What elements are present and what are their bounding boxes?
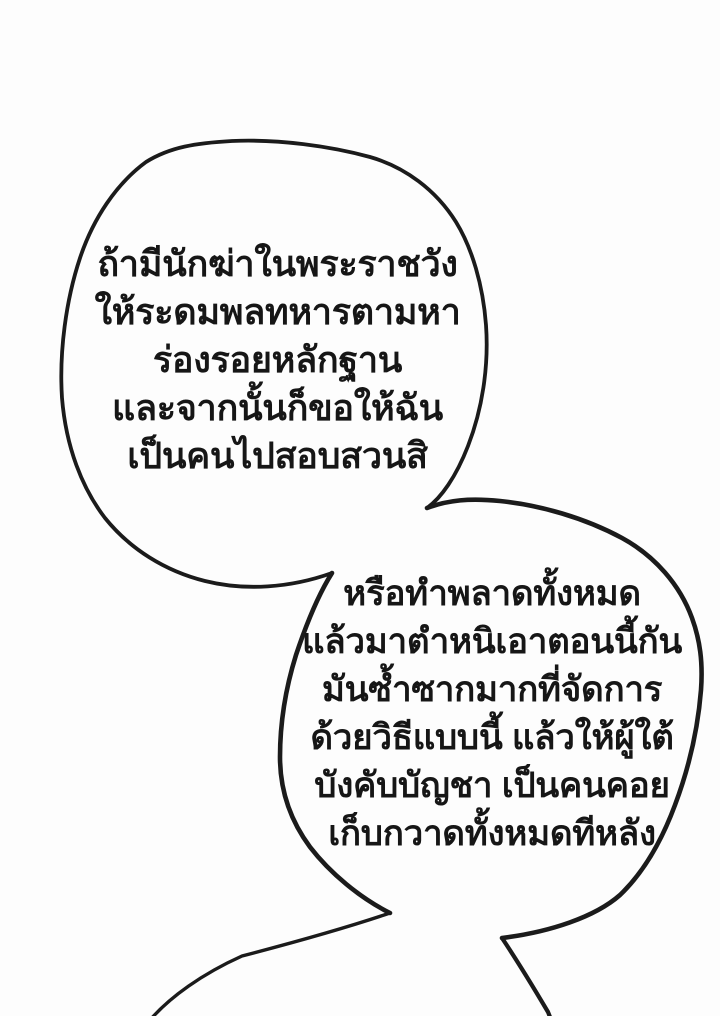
bubble-2-line-4: ด้วยวิธีแบบนี้ แล้วให้ผู้ใต้: [287, 714, 697, 762]
bubble-2-line-3: มันซ้ำซากมากที่จัดการ: [287, 666, 697, 714]
comic-page: ถ้ามีนักฆ่าในพระราชวัง ให้ระดมพลทหารตามห…: [0, 0, 720, 1016]
speech-bubble-1-text: ถ้ามีนักฆ่าในพระราชวัง ให้ระดมพลทหารตามห…: [50, 240, 505, 480]
bubble-1-line-2: ให้ระดมพลทหารตามหา: [50, 288, 505, 336]
bubble-1-line-4: และจากนั้นก็ขอให้ฉัน: [50, 384, 505, 432]
speech-bubble-2-text: หรือทำพลาดทั้งหมด แล้วมาตำหนิเอาตอนนี้กั…: [287, 570, 697, 858]
speech-bubble-outlines: [0, 0, 720, 1016]
bubble-1-line-1: ถ้ามีนักฆ่าในพระราชวัง: [50, 240, 505, 288]
bubble-2-line-1: หรือทำพลาดทั้งหมด: [287, 570, 697, 618]
bubble-3-outline-right: [502, 938, 552, 1016]
bubble-1-line-5: เป็นคนไปสอบสวนสิ: [50, 432, 505, 480]
bubble-2-line-5: บังคับบัญชา เป็นคนคอย: [287, 762, 697, 810]
bubble-2-line-6: เก็บกวาดทั้งหมดทีหลัง: [287, 810, 697, 858]
bubble-3-outline-left: [150, 913, 390, 1016]
bubble-1-line-3: ร่องรอยหลักฐาน: [50, 336, 505, 384]
bubble-2-line-2: แล้วมาตำหนิเอาตอนนี้กัน: [287, 618, 697, 666]
